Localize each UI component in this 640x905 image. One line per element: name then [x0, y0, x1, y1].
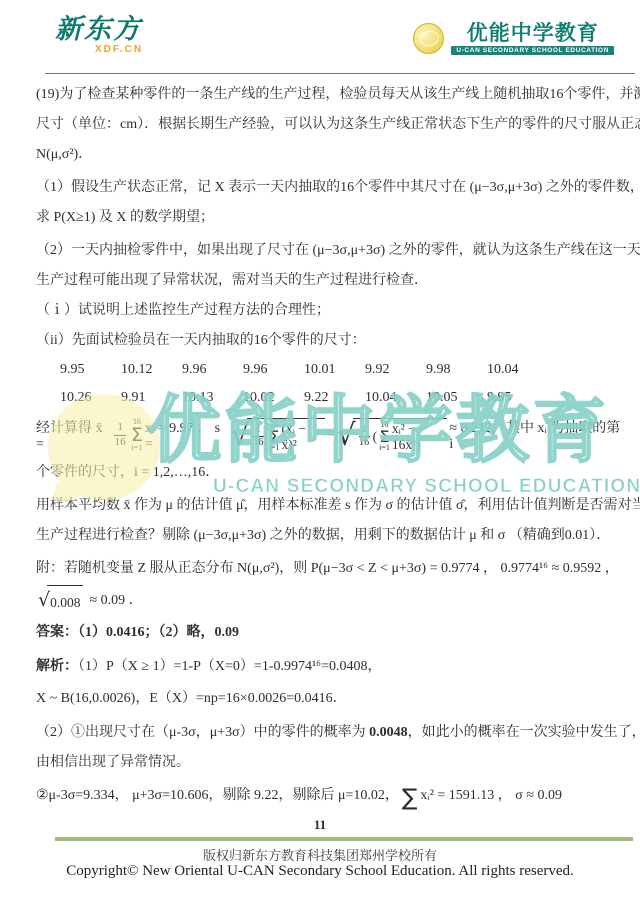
ucan-logo: 优能中学教育 U-CAN SECONDARY SCHOOL EDUCATION [413, 22, 614, 55]
problem-line: （2）一天内抽检零件中，如果出现了尺寸在 (μ−3σ,μ+3σ) 之外的零件，就… [36, 236, 622, 266]
note-line: 附：若随机变量 Z 服从正态分布 N(μ,σ²)，则 P(μ−3σ < Z < … [36, 554, 622, 584]
data-cell: 9.92 [365, 356, 426, 384]
problem-line: （1）假设生产状态正常，记 X 表示一天内抽取的16个零件中其尺寸在 (μ−3σ… [36, 173, 622, 203]
document-body: (19)为了检查某种零件的一条生产线的生产过程，检验员每天从该生产线上随机抽取1… [36, 80, 622, 814]
solution-line: 解析：（1）P（X ≥ 1）=1-P（X=0）=1-0.9974¹⁶=0.040… [36, 651, 622, 683]
data-cell: 9.95 [487, 384, 548, 412]
ucan-logo-wordmark: 优能中学教育 [467, 22, 599, 45]
ucan-badge-icon [413, 23, 444, 54]
data-row: 10.269.9110.1310.029.2210.0410.059.95 [36, 384, 622, 412]
copyright-en: Copyright© New Oriental U-CAN Secondary … [0, 863, 640, 880]
problem-line: 求 P(X≥1) 及 X 的数学期望； [36, 203, 622, 233]
problem-line: 生产过程进行检查？剔除 (μ−3σ,μ+3σ) 之外的数据，用剩下的数据估计 μ… [36, 521, 622, 551]
solution-line: ②μ-3σ=9.334， μ+3σ=10.606，剔除 9.22，剔除后 μ=1… [36, 778, 622, 814]
fraction: 116 [253, 424, 264, 449]
solution-line: （2）①出现尺寸在（μ-3σ，μ+3σ）中的零件的概率为 0.0048，如此小的… [36, 718, 622, 748]
footer-divider [55, 837, 633, 841]
formula-text: = [327, 427, 335, 443]
formula-line: √ 0.008 ≈ 0.09 ． [36, 584, 622, 618]
answer-text: （1）0.0416；（2）略，0.09 [78, 625, 239, 640]
problem-line: 尺寸（单位：cm）．根据长期生产经验，可以认为这条生产线正常状态下生产的零件的尺… [36, 110, 622, 140]
fraction: 116 [114, 421, 126, 448]
data-cell: 9.96 [182, 356, 243, 384]
solution-line: X ~ B(16,0.0026)，E（X）=np=16×0.0026=0.041… [36, 683, 622, 715]
data-cell: 9.98 [426, 356, 487, 384]
data-cell: 10.01 [304, 356, 365, 384]
solution-line: 由相信出现了异常情况。 [36, 748, 622, 778]
xdf-logo-wordmark: 新东方 [55, 16, 143, 43]
data-cell: 9.95 [60, 356, 121, 384]
problem-line: N(μ,σ²)． [36, 140, 622, 170]
data-cell: 10.04 [487, 356, 548, 384]
problem-line: (19)为了检查某种零件的一条生产线的生产过程，检验员每天从该生产线上随机抽取1… [36, 80, 622, 110]
data-cell: 9.91 [121, 384, 182, 412]
data-row: 9.9510.129.969.9610.019.929.9810.04 [36, 356, 622, 384]
problem-line: 个零件的尺寸，i = 1,2,…,16． [36, 458, 622, 488]
xdf-logo: 新东方 XDF.CN [55, 16, 143, 55]
header-divider [45, 73, 635, 74]
solution-label: 解析： [36, 659, 78, 674]
formula-text: xᵢ = 9.97 ， s = [145, 417, 229, 453]
formula-text: ≈ 0.09 ． [89, 586, 142, 616]
problem-line: （ii）先面试检验员在一天内抽取的16个零件的尺寸： [36, 326, 622, 356]
summation: 16Σi=1 [131, 418, 143, 452]
ucan-logo-tagline: U-CAN SECONDARY SCHOOL EDUCATION [451, 46, 614, 55]
radical: √ 116 16Σi=1 (xᵢ − x̄)² [231, 418, 325, 453]
data-cell: 10.04 [365, 384, 426, 412]
copyright-cn: 版权归新东方教育科技集团郑州学校所有 [0, 845, 640, 864]
data-cell: 10.05 [426, 384, 487, 412]
problem-line: （ｉ）试说明上述监控生产过程方法的合理性； [36, 296, 622, 326]
data-cell: 10.12 [121, 356, 182, 384]
summation: 16Σi=1 [379, 421, 390, 452]
summation: ∑ [402, 783, 418, 813]
formula-text: ( [373, 429, 378, 445]
formula-line: 经计算得 x̄ = 116 16Σi=1 xᵢ = 9.97 ， s = √ 1… [36, 412, 622, 458]
data-cell: 9.22 [304, 384, 365, 412]
answer-label: 答案： [36, 625, 78, 640]
formula-text: xᵢ² − 16x̄²) [392, 421, 445, 453]
data-cell: 10.26 [60, 384, 121, 412]
page-header: 新东方 XDF.CN 优能中学教育 U-CAN SECONDARY SCHOOL… [0, 0, 640, 74]
data-cell: 9.96 [243, 356, 304, 384]
summation: 16Σi=1 [269, 421, 280, 452]
data-cell: 10.02 [243, 384, 304, 412]
answer-line: 答案：（1）0.0416；（2）略，0.09 [36, 618, 622, 648]
xdf-logo-domain: XDF.CN [95, 44, 143, 55]
formula-text: 经计算得 x̄ = [36, 417, 111, 453]
formula-text: (xᵢ − x̄)² [282, 421, 322, 453]
problem-line: 用样本平均数 x̄ 作为 μ 的估计值 μ̂，用样本标准差 s 作为 σ 的估计… [36, 491, 622, 521]
fraction: 116 [359, 424, 370, 449]
problem-line: 生产过程可能出现了异常状况，需对当天的生产过程进行检查． [36, 266, 622, 296]
highlighted-value: 0.0048 [369, 725, 408, 740]
formula-text: ≈ 0.212，其中 xᵢ 为抽取的第 i [449, 417, 622, 453]
data-cell: 10.13 [182, 384, 243, 412]
radical: √ 0.008 [38, 585, 83, 618]
radical: √ 116 ( 16Σi=1 xᵢ² − 16x̄²) [336, 418, 447, 453]
page-number: 11 [0, 817, 640, 833]
